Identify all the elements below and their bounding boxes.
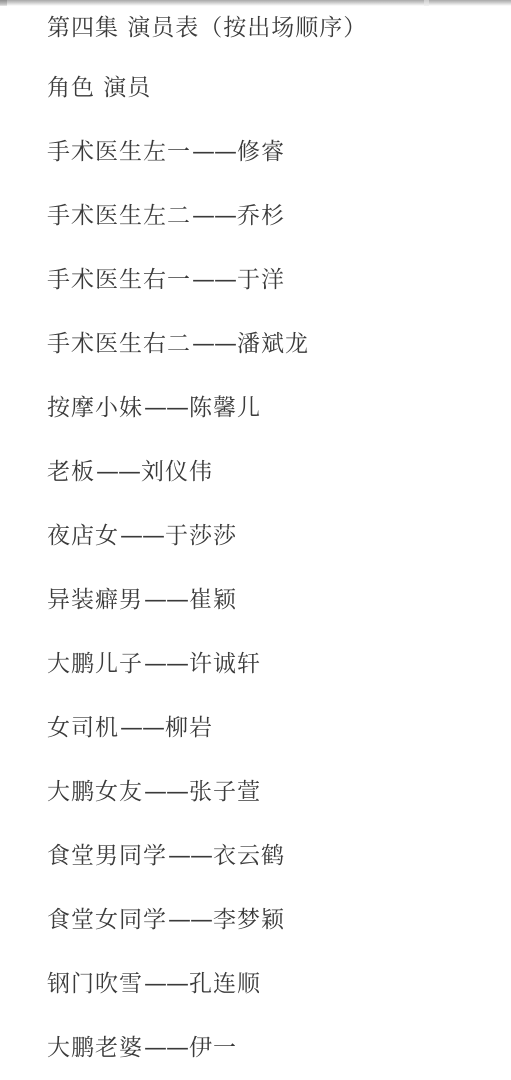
dash-separator: ——	[168, 909, 212, 932]
actor-name: 许诚轩	[189, 653, 261, 676]
role-name: 老板	[47, 461, 95, 484]
dash-separator: ——	[144, 781, 188, 804]
role-name: 手术医生左二	[47, 205, 191, 228]
top-edge-bar-left-cap	[0, 0, 7, 6]
dash-separator: ——	[144, 973, 188, 996]
role-name: 异装癖男	[47, 589, 143, 612]
dash-separator: ——	[144, 653, 188, 676]
actor-name: 于莎莎	[165, 525, 237, 548]
role-name: 食堂女同学	[47, 909, 167, 932]
dash-separator: ——	[144, 589, 188, 612]
role-name: 大鹏老婆	[47, 1037, 143, 1060]
actor-name: 乔杉	[237, 205, 285, 228]
actor-name: 孔连顺	[189, 973, 261, 996]
actor-name: 柳岩	[165, 717, 213, 740]
dash-separator: ——	[192, 269, 236, 292]
cast-row: 手术医生右一——于洋	[47, 248, 499, 312]
cast-row: 手术医生左二——乔杉	[47, 184, 499, 248]
role-name: 钢门吹雪	[47, 973, 143, 996]
actor-name: 崔颖	[189, 589, 237, 612]
actor-name: 李梦颖	[213, 909, 285, 932]
cast-row: 异装癖男——崔颖	[47, 568, 499, 632]
dash-separator: ——	[120, 717, 164, 740]
role-name: 大鹏女友	[47, 781, 143, 804]
cast-list-content: 第四集 演员表（按出场顺序） 角色 演员 手术医生左一——修睿 手术医生左二——…	[47, 0, 499, 1080]
dash-separator: ——	[120, 525, 164, 548]
dash-separator: ——	[192, 141, 236, 164]
actor-name: 伊一	[189, 1037, 237, 1060]
role-name: 手术医生右一	[47, 269, 191, 292]
dash-separator: ——	[144, 397, 188, 420]
dash-separator: ——	[144, 1037, 188, 1060]
role-name: 手术医生左一	[47, 141, 191, 164]
cast-row: 手术医生右二——潘斌龙	[47, 312, 499, 376]
dash-separator: ——	[96, 461, 140, 484]
actor-name: 张子萱	[189, 781, 261, 804]
actor-name: 潘斌龙	[237, 333, 309, 356]
column-header: 角色 演员	[47, 56, 499, 120]
cast-row: 大鹏老婆——伊一	[47, 1016, 499, 1080]
cast-row: 大鹏女友——张子萱	[47, 760, 499, 824]
cast-row: 食堂女同学——李梦颖	[47, 888, 499, 952]
cast-row: 按摩小妹——陈馨儿	[47, 376, 499, 440]
document-page: 第四集 演员表（按出场顺序） 角色 演员 手术医生左一——修睿 手术医生左二——…	[0, 0, 511, 1080]
cast-row: 夜店女——于莎莎	[47, 504, 499, 568]
cast-row: 手术医生左一——修睿	[47, 120, 499, 184]
role-name: 手术医生右二	[47, 333, 191, 356]
actor-name: 修睿	[237, 141, 285, 164]
cast-row: 钢门吹雪——孔连顺	[47, 952, 499, 1016]
page-title: 第四集 演员表（按出场顺序）	[47, 0, 499, 56]
cast-row: 大鹏儿子——许诚轩	[47, 632, 499, 696]
cast-row: 女司机——柳岩	[47, 696, 499, 760]
dash-separator: ——	[168, 845, 212, 868]
role-name: 夜店女	[47, 525, 119, 548]
role-name: 按摩小妹	[47, 397, 143, 420]
dash-separator: ——	[192, 205, 236, 228]
actor-name: 陈馨儿	[189, 397, 261, 420]
dash-separator: ——	[192, 333, 236, 356]
role-name: 女司机	[47, 717, 119, 740]
cast-row: 食堂男同学——衣云鹤	[47, 824, 499, 888]
role-name: 食堂男同学	[47, 845, 167, 868]
actor-name: 衣云鹤	[213, 845, 285, 868]
actor-name: 于洋	[237, 269, 285, 292]
cast-row: 老板——刘仪伟	[47, 440, 499, 504]
role-name: 大鹏儿子	[47, 653, 143, 676]
actor-name: 刘仪伟	[141, 461, 213, 484]
